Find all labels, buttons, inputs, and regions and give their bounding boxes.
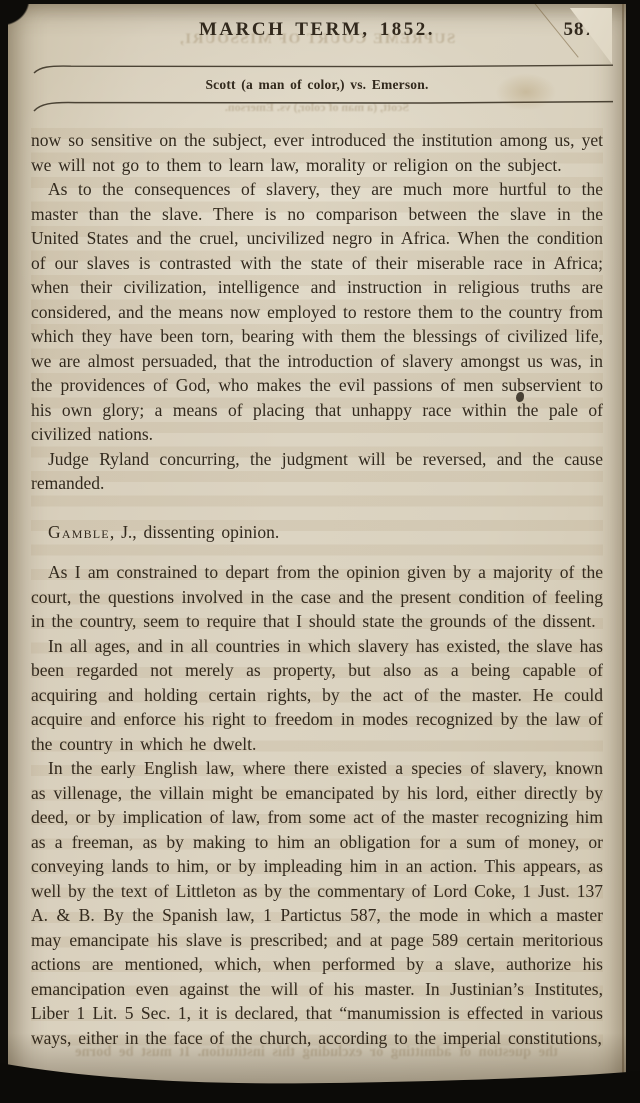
- scan-edge-right: [626, 0, 640, 1103]
- scan-edge-top: [0, 0, 640, 4]
- paper-stain: [484, 66, 568, 118]
- body-paragraph: In the early English law, where there ex…: [31, 756, 603, 1050]
- body-paragraph: Judge Ryland concurring, the judgment wi…: [31, 447, 603, 496]
- running-head-title: MARCH TERM, 1852.: [199, 19, 435, 40]
- scanned-book-page: { "header": { "title": "MARCH TERM, 1852…: [0, 0, 640, 1103]
- body-paragraph: As I am constrained to depart from the o…: [31, 560, 603, 634]
- opinion-text: now so sensitive on the subject, ever in…: [31, 128, 603, 1050]
- section-heading-dissent: Gamble, J., dissenting opinion.: [31, 520, 603, 545]
- scan-edge-bottom: [0, 1053, 640, 1103]
- paper-sheet: SUPREME COURT OF MISSOURI, Scott, (a man…: [8, 4, 626, 1103]
- scan-edge-left: [0, 0, 8, 1103]
- body-paragraph: now so sensitive on the subject, ever in…: [31, 128, 603, 177]
- scan-corner-top-left: [0, 0, 34, 30]
- running-head: MARCH TERM, 1852. 587: [31, 19, 603, 47]
- printed-area: MARCH TERM, 1852. 587 Scott (a man of co…: [8, 4, 626, 1103]
- body-paragraph: In all ages, and in all countries in whi…: [31, 634, 603, 757]
- body-paragraph: As to the consequences of slavery, they …: [31, 177, 603, 447]
- judge-name: Gamble: [48, 522, 110, 542]
- heading-suffix: , J., dissenting opinion.: [110, 522, 279, 542]
- paper-edge-line: [622, 0, 624, 1103]
